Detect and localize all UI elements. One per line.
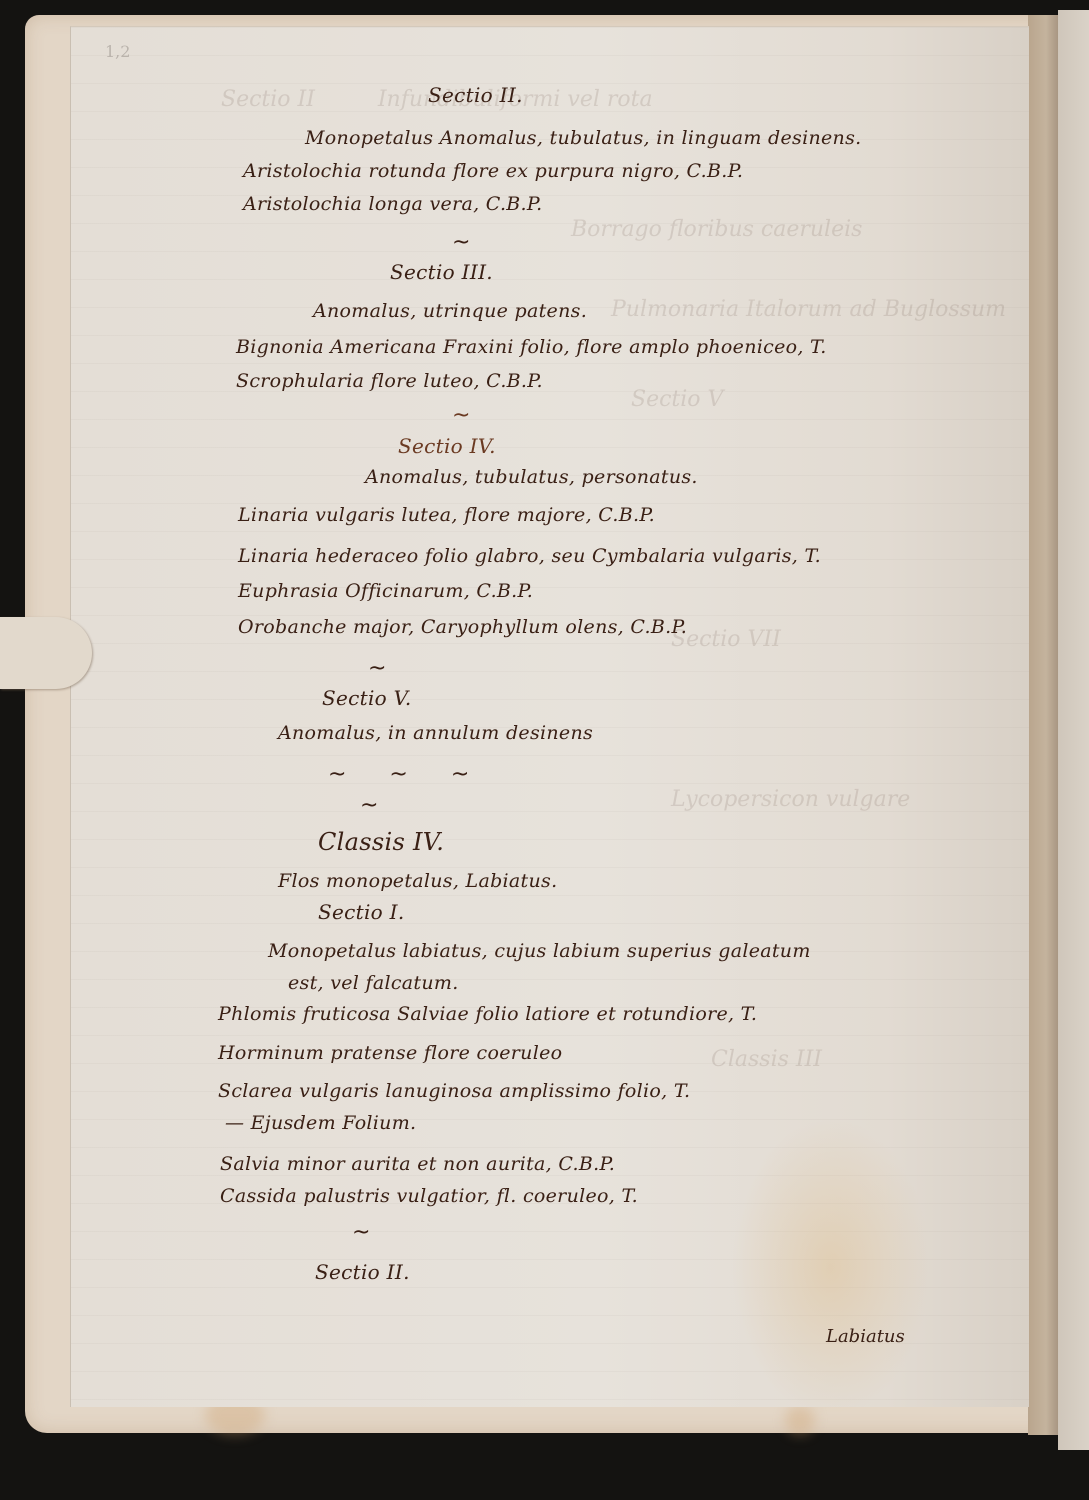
plant-entry: Euphrasia Officinarum, C.B.P. xyxy=(238,580,533,602)
section-heading: Sectio I. xyxy=(318,900,405,924)
plant-entry: Phlomis fruticosa Salviae folio latiore … xyxy=(218,1003,757,1025)
section-heading: Sectio V. xyxy=(322,686,412,710)
bookmark-tab xyxy=(0,617,92,689)
divider-flourish: ~ xyxy=(360,795,378,817)
section-description: Anomalus, in annulum desinens xyxy=(278,722,593,744)
divider-flourish: ~ xyxy=(452,405,470,427)
bleed-through-text: Sectio VII xyxy=(671,627,781,652)
plant-entry: Bignonia Americana Fraxini folio, flore … xyxy=(236,336,827,358)
section-heading: Sectio III. xyxy=(390,260,493,284)
section-heading: Sectio II. xyxy=(315,1260,410,1284)
section-heading: Sectio II. xyxy=(428,83,523,107)
plant-entry: Sclarea vulgaris lanuginosa amplissimo f… xyxy=(218,1080,690,1102)
section-heading: Sectio IV. xyxy=(398,434,496,458)
plant-entry: — Ejusdem Folium. xyxy=(225,1112,416,1134)
plant-entry: Aristolochia rotunda flore ex purpura ni… xyxy=(243,160,743,182)
bleed-through-text: Lycopersicon vulgare xyxy=(671,787,910,812)
section-description: Monopetalus labiatus, cujus labium super… xyxy=(268,940,811,962)
folio-number: 1,2 xyxy=(105,42,130,61)
section-description: Anomalus, tubulatus, personatus. xyxy=(365,466,698,488)
plant-entry: Horminum pratense flore coeruleo xyxy=(218,1042,562,1064)
plant-entry: Scrophularia flore luteo, C.B.P. xyxy=(236,370,543,392)
catchword: Labiatus xyxy=(826,1326,905,1347)
divider-flourish: ~ xyxy=(452,232,470,254)
bleed-through-text: Borrago floribus caeruleis xyxy=(571,217,862,242)
section-description: Anomalus, utrinque patens. xyxy=(313,300,587,322)
section-description: est, vel falcatum. xyxy=(288,972,459,994)
water-stain xyxy=(731,1117,931,1417)
plant-entry: Salvia minor aurita et non aurita, C.B.P… xyxy=(220,1153,615,1175)
plant-entry: Linaria vulgaris lutea, flore majore, C.… xyxy=(238,504,655,526)
divider-flourish: ~ xyxy=(368,658,386,680)
divider-flourish: ~ xyxy=(352,1222,370,1244)
plant-entry: Cassida palustris vulgatior, fl. coerule… xyxy=(220,1185,638,1207)
section-description: Monopetalus Anomalus, tubulatus, in ling… xyxy=(305,127,861,149)
bleed-through-text: Sectio V xyxy=(631,387,723,412)
bleed-through-text: Classis III xyxy=(711,1047,822,1072)
divider-flourish: ~ ~ ~ xyxy=(328,764,487,786)
plant-entry: Aristolochia longa vera, C.B.P. xyxy=(243,193,542,215)
plant-entry: Orobanche major, Caryophyllum olens, C.B… xyxy=(238,616,687,638)
page-gutter xyxy=(1028,15,1058,1435)
plant-entry: Linaria hederaceo folio glabro, seu Cymb… xyxy=(238,545,821,567)
bleed-through-text: Pulmonaria Italorum ad Buglossum xyxy=(611,297,1006,322)
section-description: Flos monopetalus, Labiatus. xyxy=(278,870,557,892)
adjacent-page-edge xyxy=(1058,10,1089,1450)
class-heading: Classis IV. xyxy=(318,828,444,856)
